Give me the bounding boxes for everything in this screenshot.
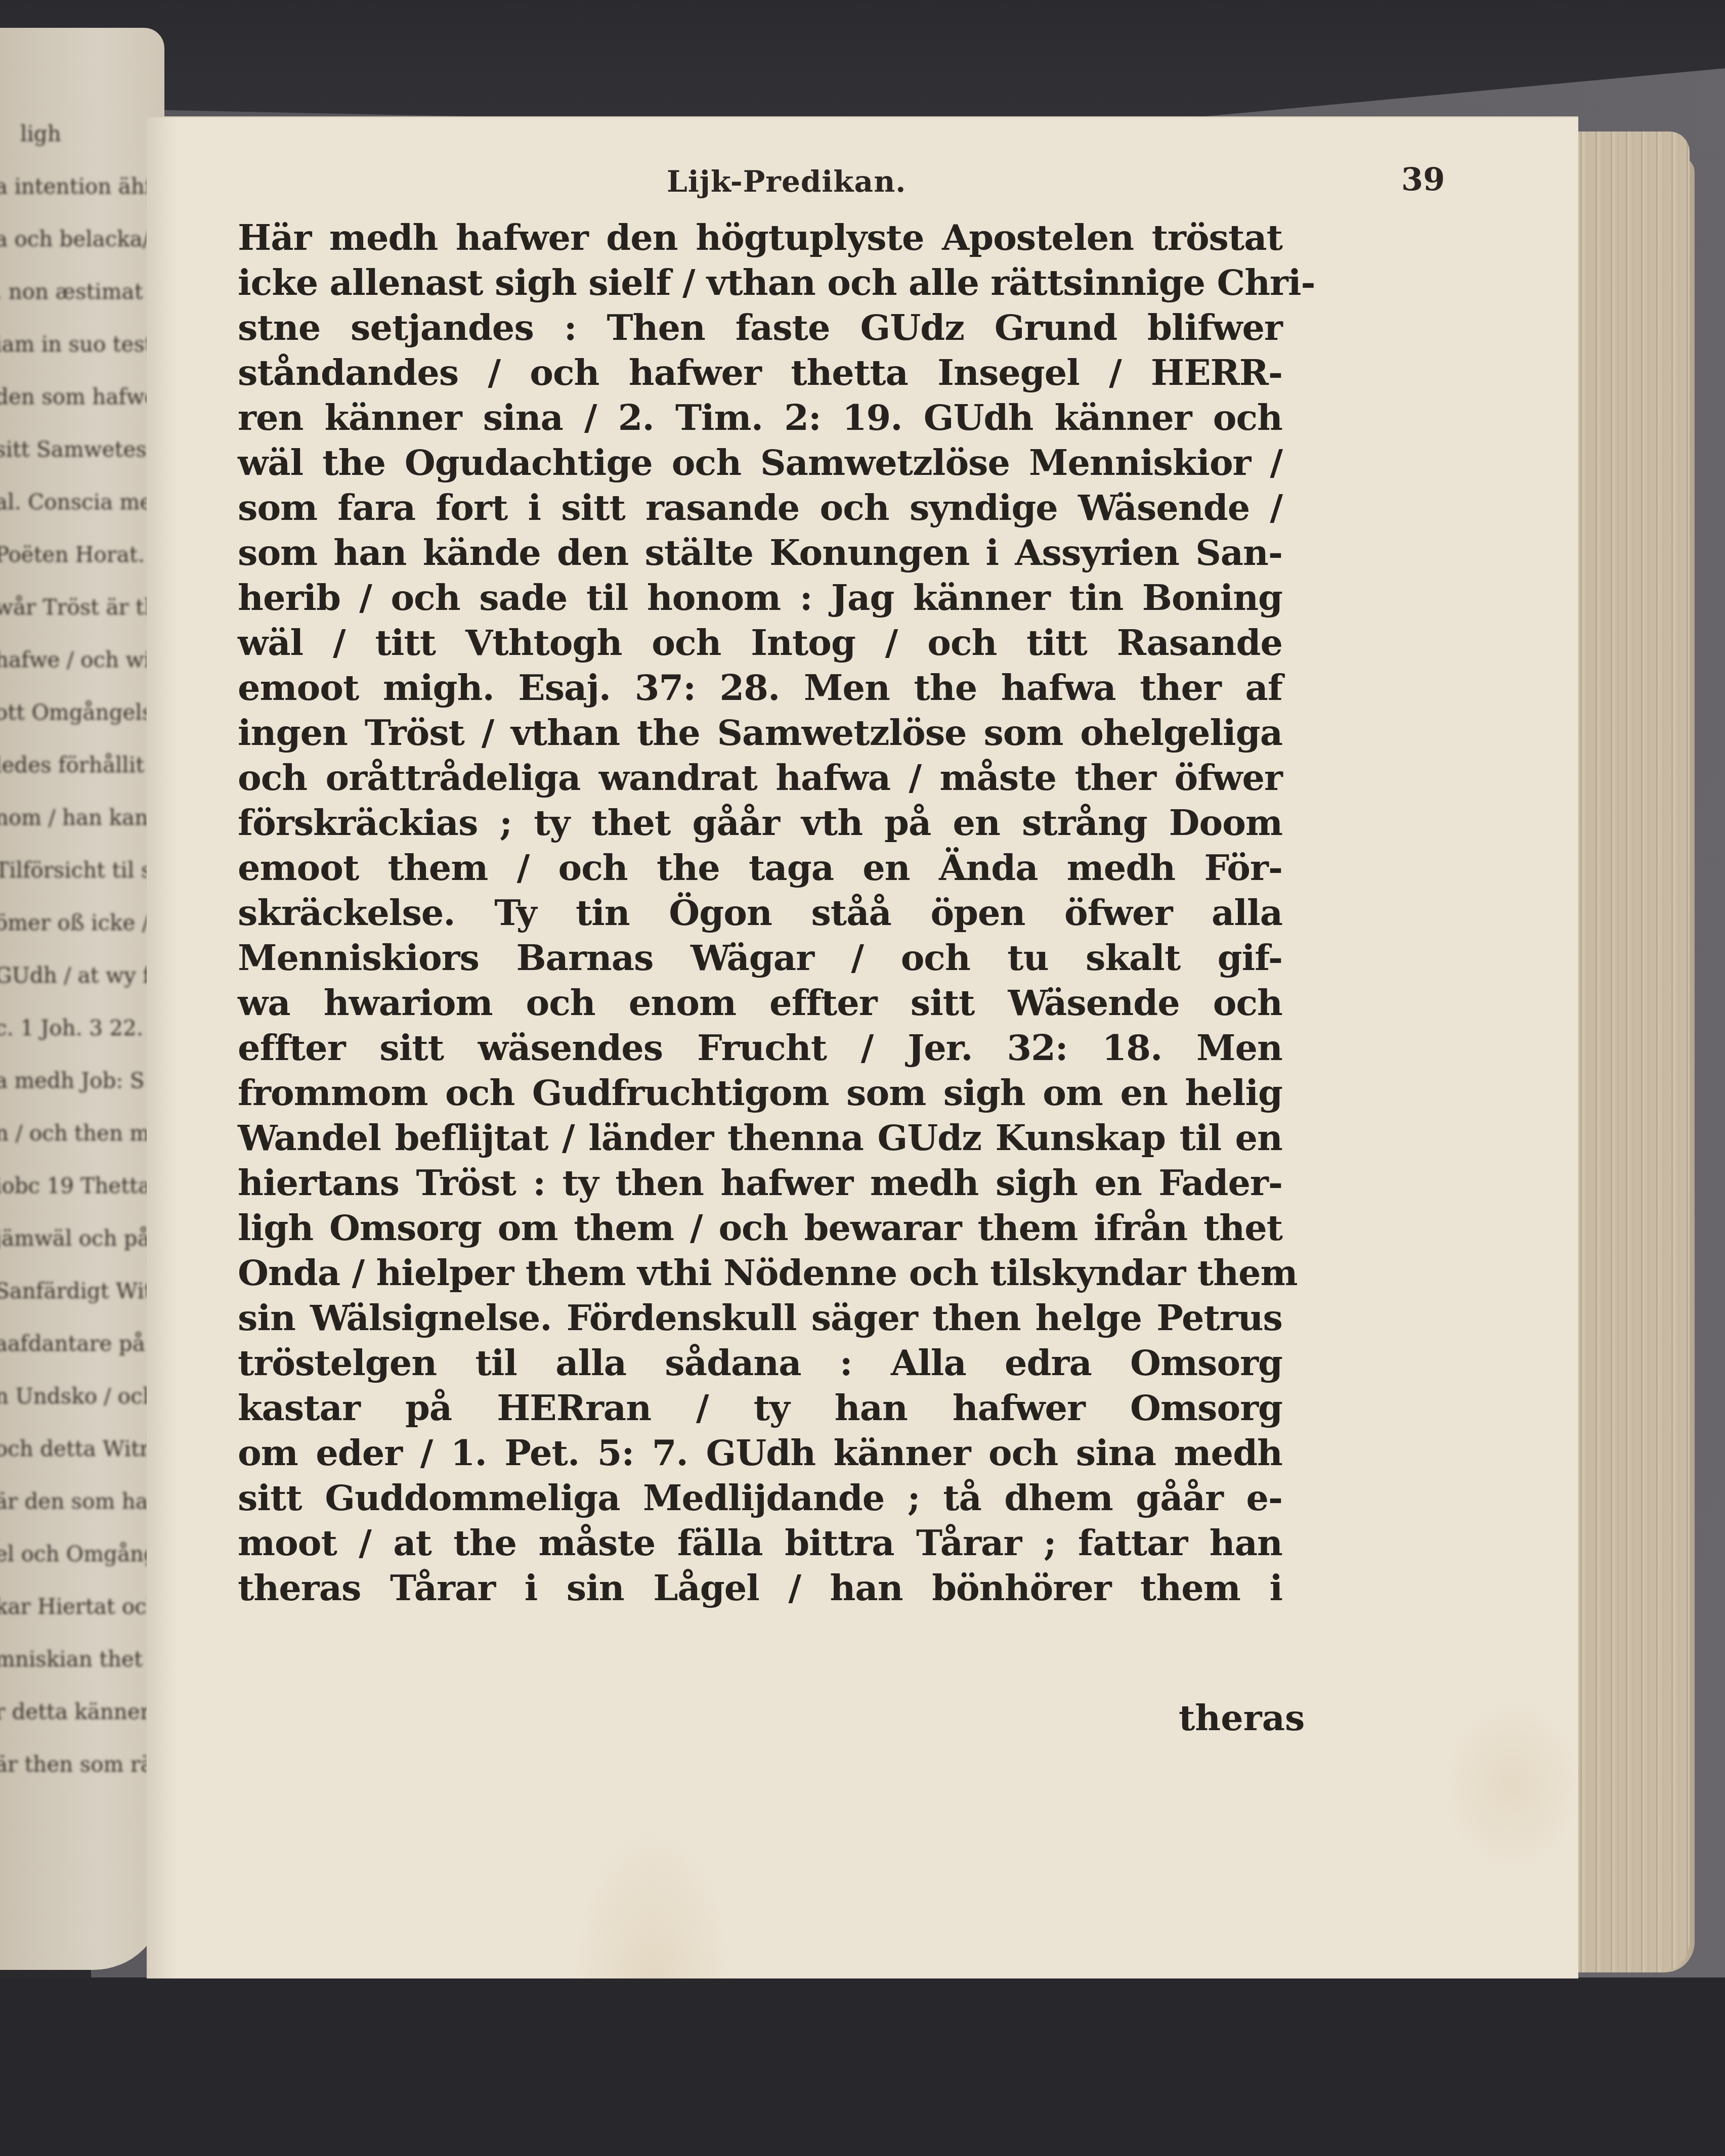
text-line: Här medh hafwer den högtuplyste Apostele… — [238, 215, 1282, 260]
text-line: emoot migh. Esaj. 37: 28. Men the hafwa … — [238, 665, 1282, 710]
left-page-line: jämwäl och på fö — [0, 1226, 164, 1251]
text-line: effter sitt wäsendes Frucht / Jer. 32: 1… — [238, 1025, 1282, 1070]
left-page-line: a medh Job: S — [0, 1068, 145, 1093]
left-page-line: a och belacka/ honom — [0, 227, 164, 251]
left-page-line: GUdh / at wy fa — [0, 963, 163, 988]
text-line: som han kände den stälte Konungen i Assy… — [238, 530, 1282, 575]
text-line: emoot them / och the taga en Ända medh F… — [238, 845, 1282, 890]
text-line: stne setjandes : Then faste GUdz Grund b… — [238, 305, 1282, 350]
text-line: som fara fort i sitt rasande och syndige… — [238, 485, 1282, 530]
left-page-line: ömer oß icke / ta ha — [0, 910, 164, 935]
left-page-line: wår Tröst är then — [0, 595, 164, 620]
left-page-line: ott Omgångelse nä — [0, 700, 164, 725]
left-page-line: r detta känner och — [0, 1699, 164, 1724]
text-line: theras Tårar i sin Lågel / han bönhörer … — [238, 1565, 1282, 1610]
left-page-line: och detta Witnet — [0, 1436, 164, 1461]
text-line: moot / at the måste fälla bittra Tårar ;… — [238, 1520, 1282, 1565]
text-line: sin Wälsignelse. Fördenskull säger then … — [238, 1295, 1282, 1340]
left-page-line: den som hafwer gode — [0, 384, 164, 409]
text-line: frommom och Gudfruchtigom som sigh om en… — [238, 1070, 1282, 1115]
running-head: Lijk-Predikan. — [667, 164, 907, 199]
text-line: wäl the Ogudachtige och Samwetzlöse Menn… — [238, 440, 1282, 485]
text-line: hiertans Tröst : ty then hafwer medh sig… — [238, 1160, 1282, 1205]
text-line: icke allenast sigh sielf / vthan och all… — [238, 260, 1282, 305]
left-page-line: är den som hafwer — [0, 1489, 164, 1514]
fore-edge-page-stack — [1573, 131, 1690, 1972]
left-page-line: aafdantare på — [0, 1331, 145, 1356]
text-line: ingen Tröst / vthan the Samwetzlöse som … — [238, 710, 1282, 755]
left-page-line: el och Omgångelse — [0, 1542, 164, 1566]
left-page-line: hafwe / och wi — [0, 647, 151, 672]
page-number: 39 — [1401, 161, 1445, 198]
text-line: Menniskiors Barnas Wägar / och tu skalt … — [238, 935, 1282, 980]
left-page-line: n / och then migh kä — [0, 1121, 164, 1146]
left-page-line: c. 1 Joh. 3 22. J — [0, 1016, 158, 1040]
left-page-line: a intention ähflig — [0, 174, 164, 199]
catchword: theras — [1179, 1697, 1305, 1739]
left-page-line: al. Conscia mens recti — [0, 490, 164, 514]
text-line: kastar på HERran / ty han hafwer Omsorg — [238, 1385, 1282, 1430]
left-page-line: nom / han kan i all — [0, 805, 164, 830]
text-line: Onda / hielper them vthi Nödenne och til… — [238, 1250, 1282, 1295]
text-line: herib / och sade til honom : Jag känner … — [238, 575, 1282, 620]
left-page-line: kar Hiertat och Njur — [0, 1594, 164, 1619]
left-page-line: , non æstimat plus pon- — [0, 279, 164, 304]
text-line: tröstelgen til alla sådana : Alla edra O… — [238, 1340, 1282, 1385]
text-line: förskräckias ; ty thet gåår vth på en st… — [238, 800, 1282, 845]
text-line: och oråttrådeliga wandrat hafwa / måste … — [238, 755, 1282, 800]
left-page-line: Tilförsicht til sin Gu — [0, 858, 164, 883]
text-line: sitt Guddommeliga Medlijdande ; tå dhem … — [238, 1475, 1282, 1520]
left-page-line: Sanfärdigt Witne — [0, 1279, 164, 1303]
left-page-line: sitt Samwetes Wit- — [0, 437, 164, 462]
left-page-line: ligh — [20, 121, 61, 146]
body-text: Här medh hafwer den högtuplyste Apostele… — [238, 215, 1282, 1610]
left-page-line: iam in suo testimonio, — [0, 332, 164, 357]
left-page-line: Poëten Horat. sagt: — [0, 542, 164, 567]
left-page-line: n Undsko / och ä — [0, 1384, 164, 1409]
left-page: ligha intention ähfliga och belacka/ hon… — [0, 28, 164, 1970]
text-line: wa hwariom och enom effter sitt Wäsende … — [238, 980, 1282, 1025]
left-page-line: ledes förhållit / at han — [0, 753, 164, 777]
text-line: ren känner sina / 2. Tim. 2: 19. GUdh kä… — [238, 395, 1282, 440]
text-line: wäl / titt Vthtogh och Intog / och titt … — [238, 620, 1282, 665]
text-line: ligh Omsorg om them / och bewarar them i… — [238, 1205, 1282, 1250]
left-page-line: mniskian thet menar — [0, 1647, 164, 1671]
left-page-line: iobc 19 Thetta är M — [0, 1173, 164, 1198]
text-line: ståndandes / och hafwer thetta Insegel /… — [238, 350, 1282, 395]
dark-backdrop-bottom — [0, 1977, 1725, 2156]
text-line: skräckelse. Ty tin Ögon ståå öpen öfwer … — [238, 890, 1282, 935]
text-line: Wandel beflijtat / länder thenna GUdz Ku… — [238, 1115, 1282, 1160]
left-page-line: är then som rätt — [0, 1752, 164, 1777]
text-line: om eder / 1. Pet. 5: 7. GUdh känner och … — [238, 1430, 1282, 1475]
